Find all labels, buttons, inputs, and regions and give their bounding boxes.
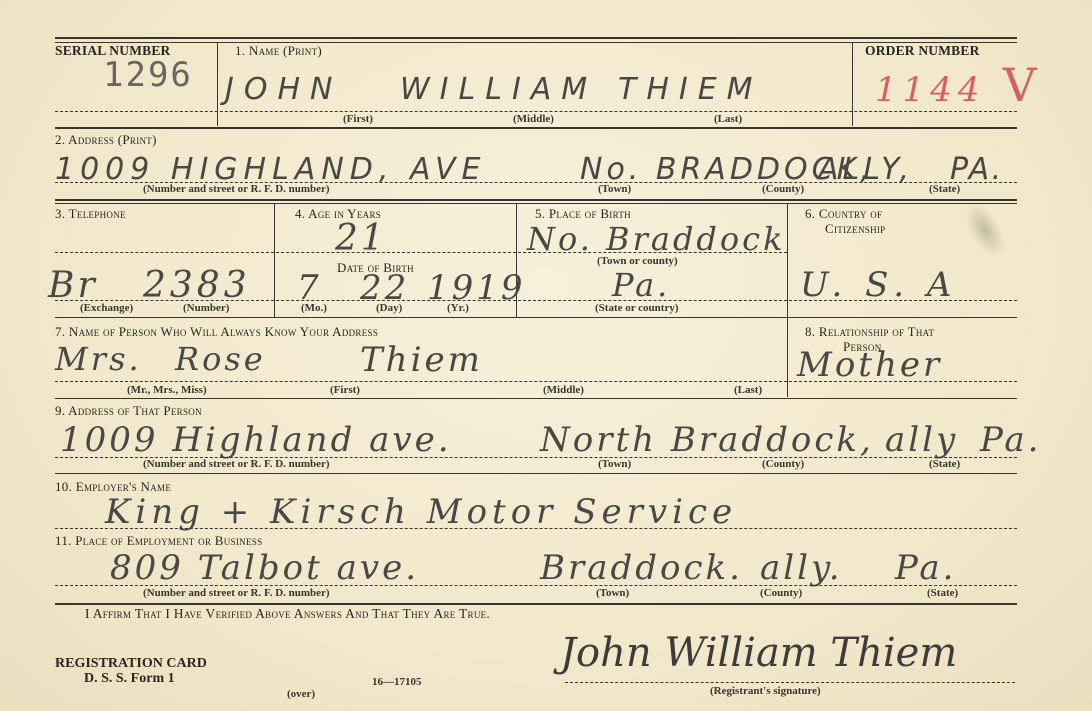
relationship-label-1: 8. Relationship of That [805,324,934,340]
birthplace-state-caption: (State or country) [595,302,679,314]
contact-label: 7. Name of Person Who Will Always Know Y… [55,324,378,340]
divider [852,42,853,126]
contact-address-state-caption: (State) [929,458,960,470]
dob-year-caption: (Yr.) [447,302,469,314]
address-state-caption: (State) [929,183,960,195]
contact-last: Thiem [360,340,483,380]
employment-county-caption: (County) [760,587,802,599]
citizenship-label-2: Citizenship [825,221,885,237]
serial-number-value: 1296 [103,55,193,95]
row-rule [55,317,1017,318]
order-number-label: ORDER NUMBER [865,43,980,59]
top-rule [55,37,1017,39]
birthplace-line-2 [518,300,787,301]
print-code: 16—17105 [372,676,422,688]
contact-middle-caption: (Middle) [543,384,584,396]
registration-card-title: REGISTRATION CARD [55,656,207,672]
employment-place-label: 11. Place of Employment or Business [55,533,262,549]
contact-last-caption: (Last) [734,384,762,396]
affirmation-text: I Affirm That I Have Verified Above Answ… [85,606,490,622]
relationship-value: Mother [797,345,942,385]
telephone-number-caption: (Number) [183,302,229,314]
dob-month-caption: (Mo.) [301,302,327,314]
employment-state: Pa. [895,548,956,588]
employment-street: 809 Talbot ave. [110,548,419,588]
row-rule [55,127,1017,129]
row-rule [55,199,1017,201]
telephone-exchange-caption: (Exchange) [80,302,133,314]
address-street-caption: (Number and street or R. F. D. number) [143,183,330,195]
birthplace-state: Pa. [612,266,670,304]
contact-first: Rose [175,340,266,378]
address-town-caption: (Town) [598,183,631,195]
divider [217,42,218,126]
registration-card: SERIAL NUMBER 1296 1. Name (Print) JOHN … [0,0,1092,711]
over-note: (over) [287,688,315,700]
dob-line [276,300,516,301]
row-rule [55,473,1017,474]
citizenship-line [789,300,1017,301]
name-last-caption: (Last) [714,113,742,125]
signature-line [565,682,1015,683]
name-first: JOHN [225,72,342,107]
contact-line [55,381,787,382]
address-county-caption: (County) [762,183,804,195]
contact-title: Mrs. [55,340,142,378]
dob-day-caption: (Day) [376,302,402,314]
contact-address-street: 1009 Highland ave. [60,420,452,460]
name-last: THIEM [618,72,763,107]
employment-county: ally. [760,548,843,588]
row-rule [55,603,1017,605]
relationship-line [789,381,1017,382]
age-line [276,252,516,253]
divider [787,204,788,397]
contact-address-county: ally [885,420,958,460]
order-check-mark: V [1003,58,1039,112]
name-line [55,111,1017,112]
contact-address-town: North Braddock, [540,420,874,460]
name-label: 1. Name (Print) [235,43,322,59]
name-first-caption: (First) [343,113,373,125]
ink-smudge [957,197,1013,264]
signature-caption: (Registrant's signature) [710,685,821,697]
dob-year: 1919 [427,268,526,308]
employer-value: King + Kirsch Motor Service [105,492,737,532]
contact-address-state: Pa. [980,420,1041,460]
address-label: 2. Address (Print) [55,132,157,148]
contact-address-town-caption: (Town) [598,458,631,470]
name-middle-caption: (Middle) [513,113,554,125]
telephone-label: 3. Telephone [55,206,126,222]
contact-address-county-caption: (County) [762,458,804,470]
row-rule-inner [55,203,1017,204]
form-id: D. S. S. Form 1 [84,671,175,687]
employment-state-caption: (State) [927,587,958,599]
row-rule [55,398,1017,399]
employment-town: Braddock. [540,548,743,588]
employment-line [55,585,1017,586]
contact-address-label: 9. Address of That Person [55,403,202,419]
contact-title-caption: (Mr., Mrs., Miss) [127,384,207,396]
name-middle: WILLIAM [400,72,597,107]
registrant-signature: John William Thiem [560,630,957,676]
employment-street-caption: (Number and street or R. F. D. number) [143,587,330,599]
citizenship-value: U. S. A [800,265,957,305]
telephone-line-1 [55,252,274,253]
telephone-line-2 [55,300,274,301]
employer-line [55,528,1017,529]
birthplace-line-1 [518,252,787,253]
contact-address-street-caption: (Number and street or R. F. D. number) [143,458,330,470]
contact-first-caption: (First) [330,384,360,396]
divider [274,204,275,317]
citizenship-label-1: 6. Country of [805,206,882,222]
order-number-value: 1144 [875,70,986,110]
employment-town-caption: (Town) [596,587,629,599]
